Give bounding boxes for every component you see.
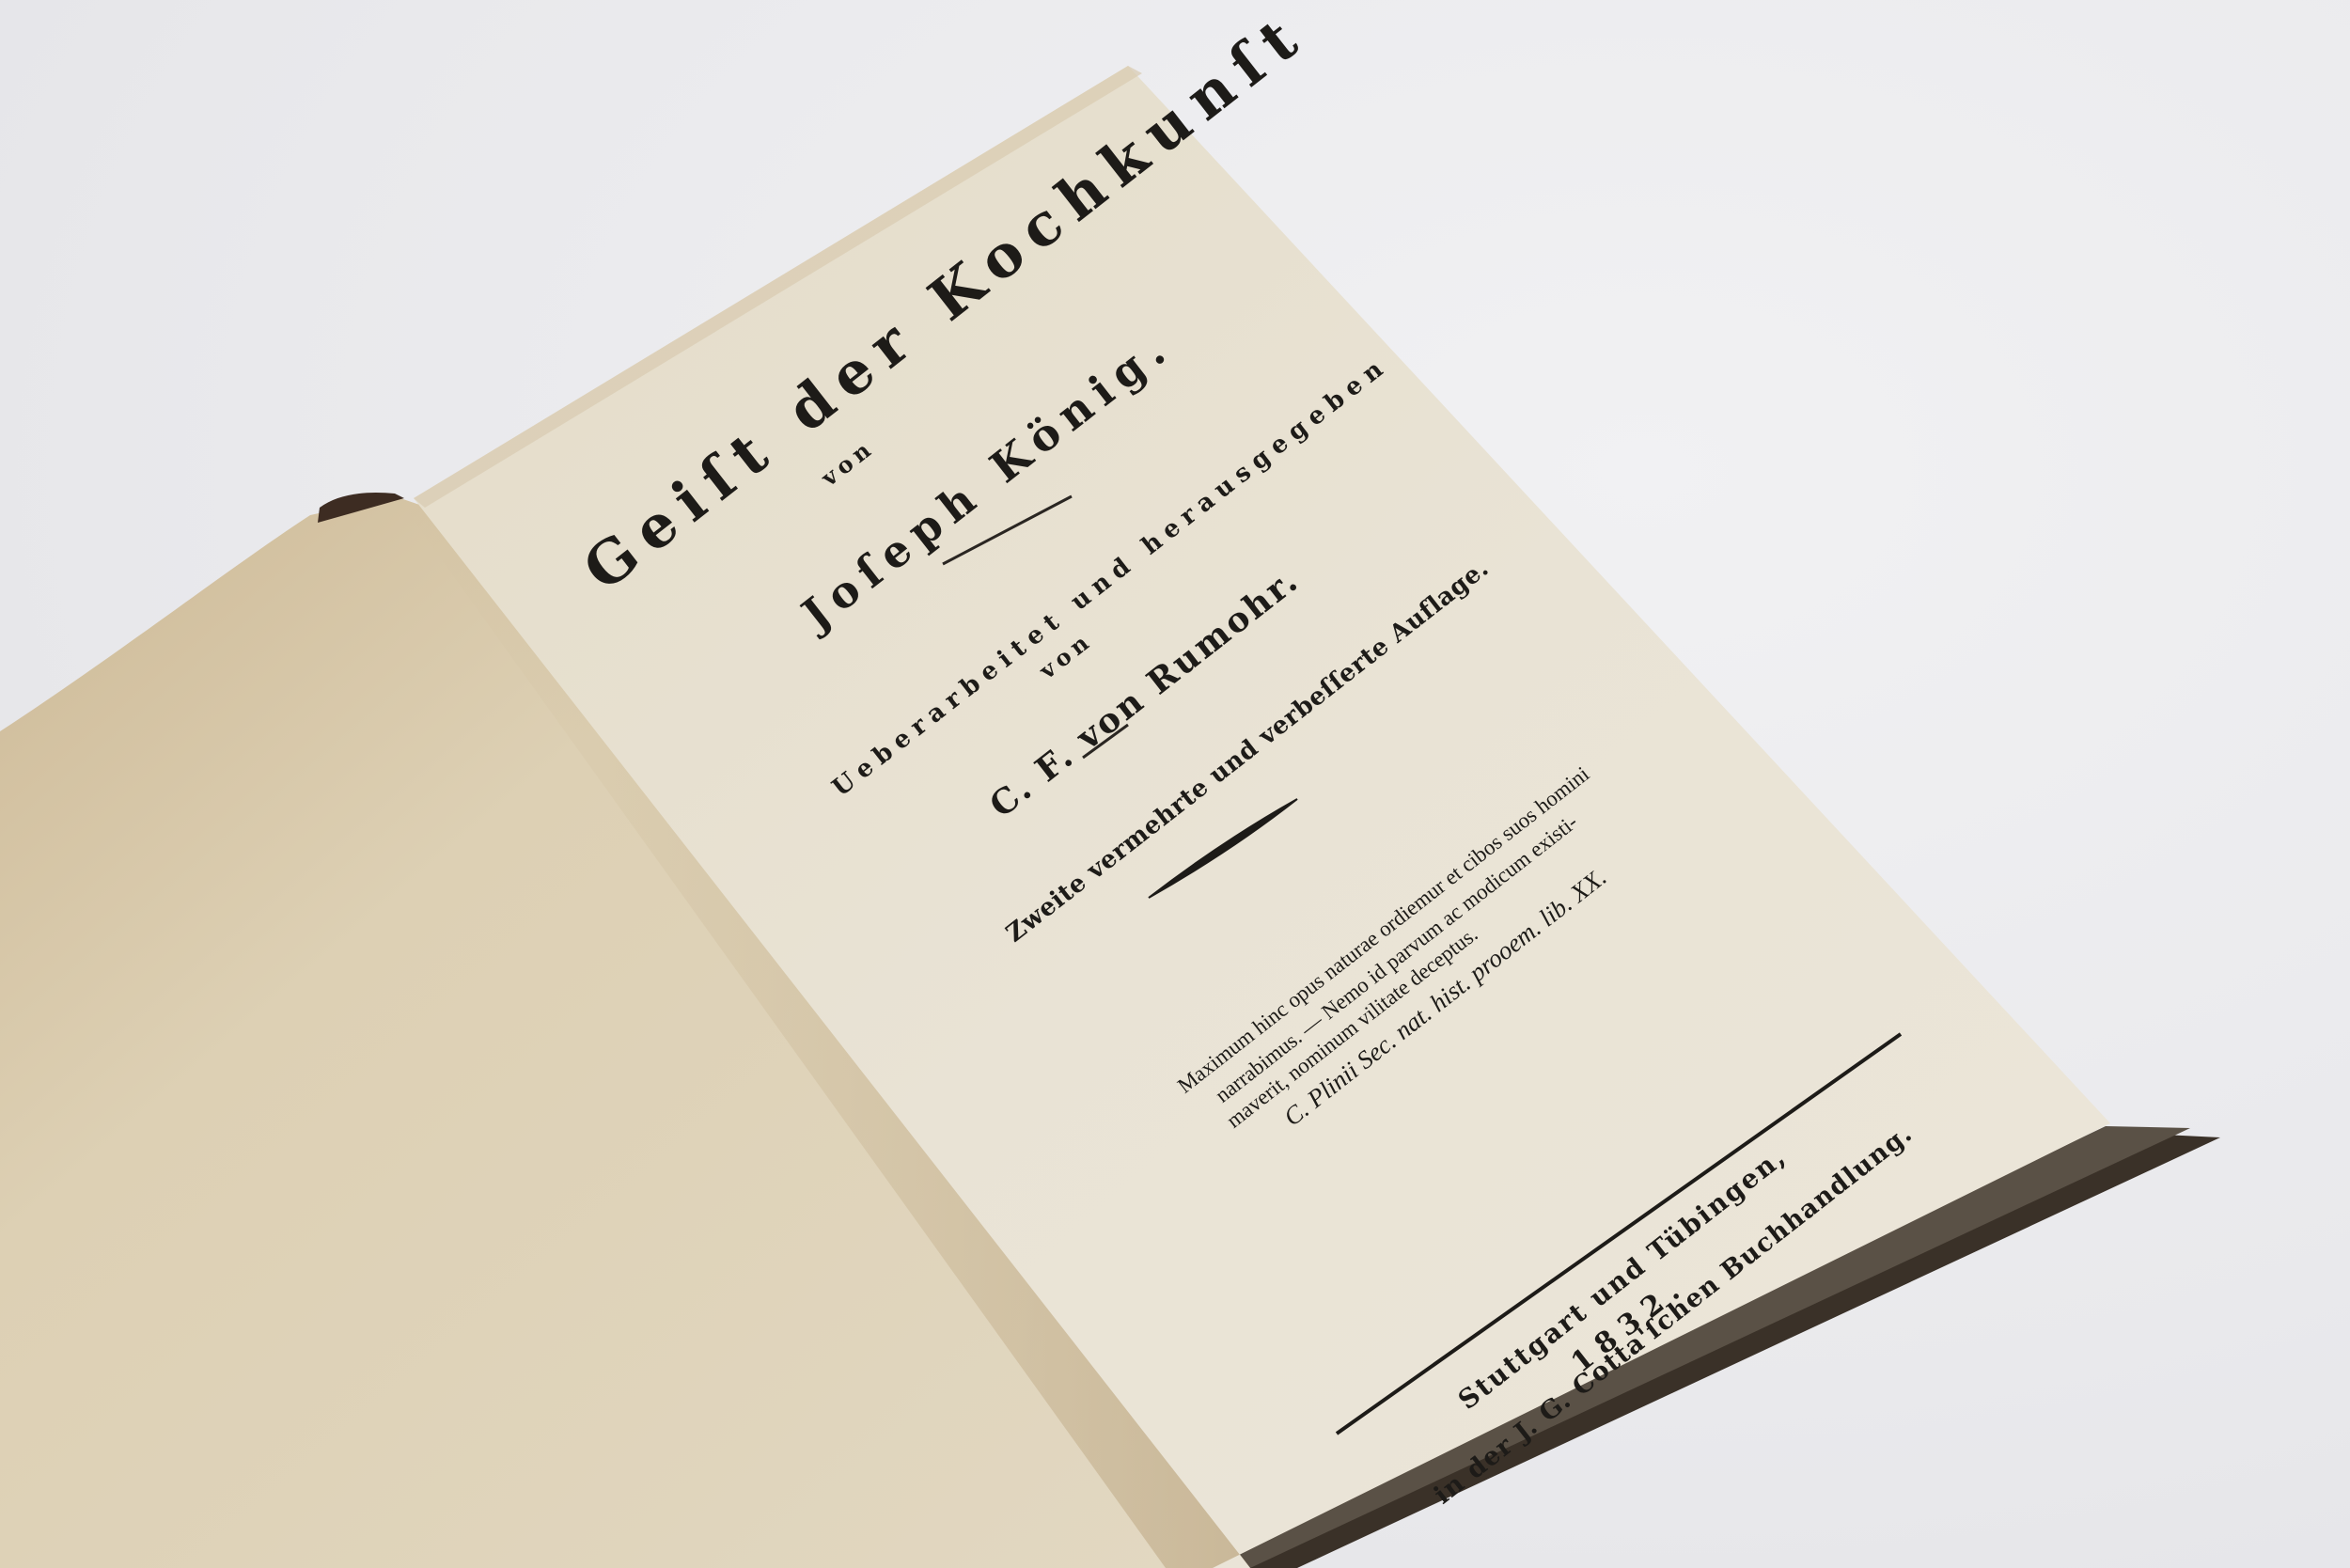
open-book: [0, 0, 2350, 1568]
photo-scene: Geiſt der Kochkunſt von Joſeph König. Ue…: [0, 0, 2350, 1568]
